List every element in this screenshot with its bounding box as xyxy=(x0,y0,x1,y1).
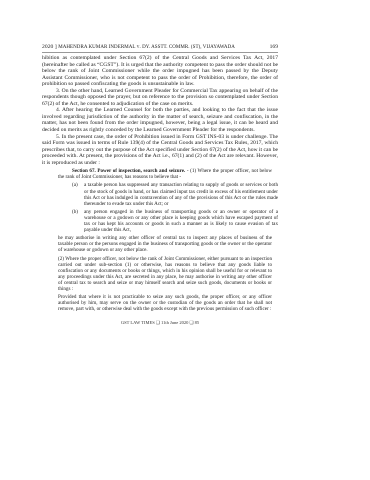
running-header: 2020 ] MAHENDRA KUMAR INDERMAL v. DY. AS… xyxy=(42,44,278,53)
running-footer: GST LAW TIMES ❑ 11th June 2020 ❑ 85 xyxy=(42,320,278,326)
clause-text: any person engaged in the business of tr… xyxy=(84,209,278,233)
header-page-number: 169 xyxy=(270,44,278,51)
clause-label: (a) xyxy=(72,182,84,206)
proviso: Provided that where it is not practicabl… xyxy=(58,294,272,312)
paragraph-3: 3. On the other hand, Learned Government… xyxy=(42,88,278,108)
clause-b: (b) any person engaged in the business o… xyxy=(72,209,278,233)
header-case-title: MAHENDRA KUMAR INDERMAL v. DY. ASSTT. CO… xyxy=(58,45,235,50)
header-year: 2020 ] xyxy=(42,44,57,50)
section-67-intro: Section 67. Power of inspection, search … xyxy=(58,168,272,180)
statute-quote-continued: he may authorise in writing any other of… xyxy=(58,235,272,312)
clause-a: (a) a taxable person has suppressed any … xyxy=(72,182,278,206)
paragraph-5: 5. In the present case, the order of Pro… xyxy=(42,134,278,167)
sub-section-2: (2) Where the proper officer, not below … xyxy=(58,256,272,293)
document-page: 2020 ] MAHENDRA KUMAR INDERMAL v. DY. AS… xyxy=(42,44,278,326)
after-clauses-text: he may authorise in writing any other of… xyxy=(58,235,272,253)
header-left: 2020 ] MAHENDRA KUMAR INDERMAL v. DY. AS… xyxy=(42,44,235,51)
paragraph-continued: hibition as contemplated under Section 6… xyxy=(42,55,278,88)
paragraph-4: 4. After hearing the Learned Counsel for… xyxy=(42,107,278,133)
statute-quote: Section 67. Power of inspection, search … xyxy=(58,168,272,180)
clause-label: (b) xyxy=(72,209,84,233)
clause-text: a taxable person has suppressed any tran… xyxy=(84,182,278,206)
